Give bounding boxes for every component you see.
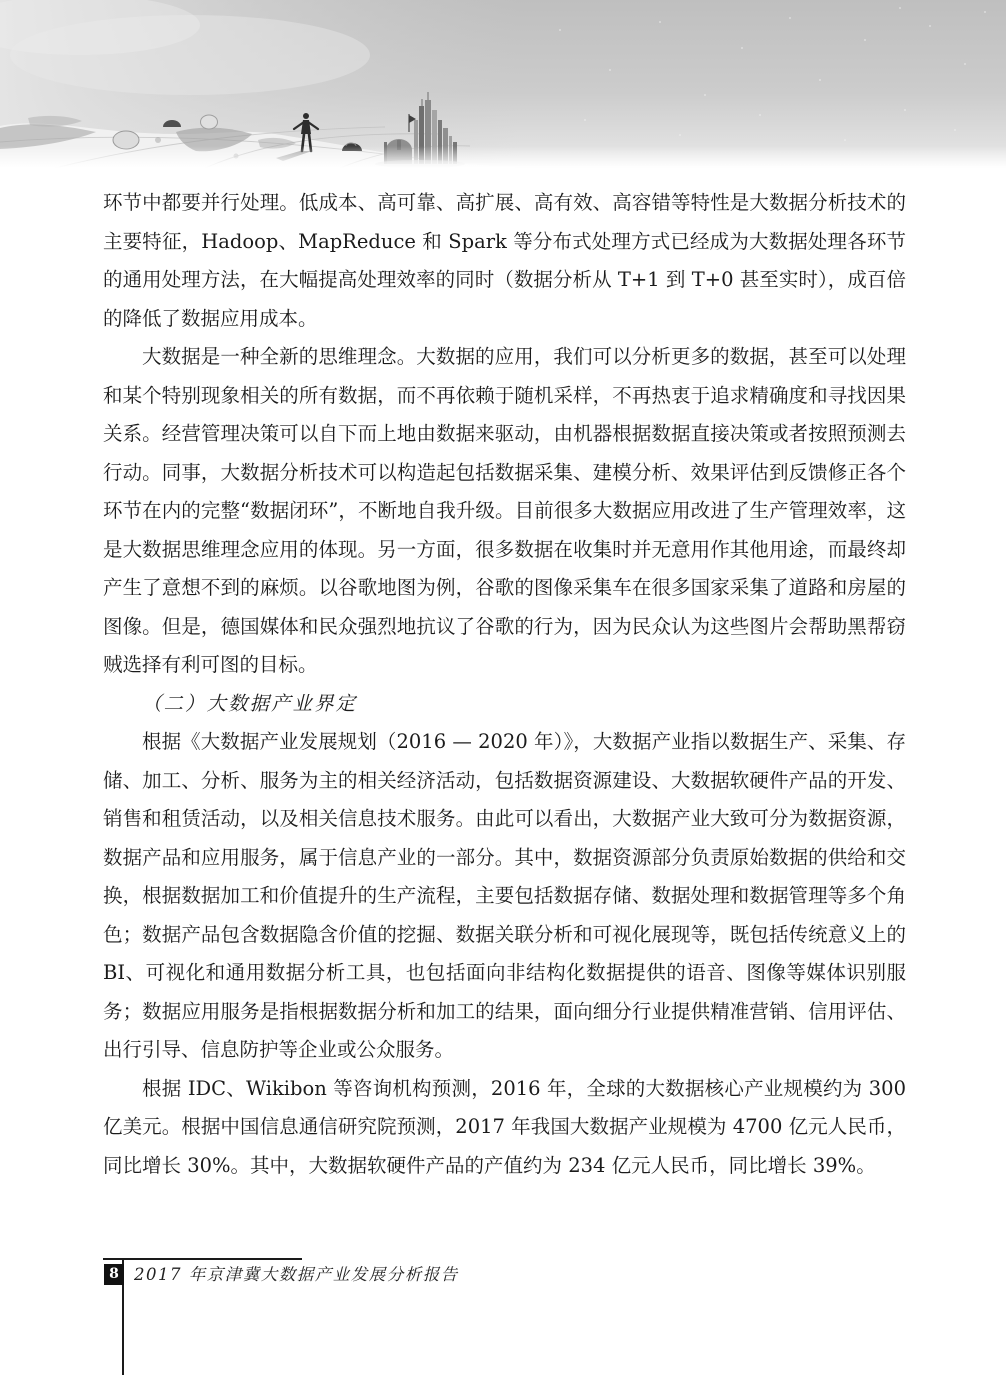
paragraph: 环节中都要并行处理。低成本、高可靠、高扩展、高有效、高容错等特性是大数据分析技术… <box>103 184 906 338</box>
body-text: 环节中都要并行处理。低成本、高可靠、高扩展、高有效、高容错等特性是大数据分析技术… <box>103 184 906 1185</box>
header-illustration <box>0 0 1006 168</box>
footer-report-title: 2017 年京津冀大数据产业发展分析报告 <box>134 1264 459 1285</box>
section-heading: （二）大数据产业界定 <box>103 685 906 724</box>
header-illustration-svg <box>0 0 1006 168</box>
paragraph: 大数据是一种全新的思维理念。大数据的应用，我们可以分析更多的数据，甚至可以处理和… <box>103 338 906 685</box>
paragraph: 根据《大数据产业发展规划（2016 — 2020 年）》，大数据产业指以数据生产… <box>103 723 906 1070</box>
footer-horizontal-rule <box>103 1258 302 1260</box>
page-number: 8 <box>104 1264 124 1285</box>
paragraph: 根据 IDC、Wikibon 等咨询机构预测，2016 年，全球的大数据核心产业… <box>103 1070 906 1186</box>
band-bottom-fade <box>0 146 1006 168</box>
document-page: 环节中都要并行处理。低成本、高可靠、高扩展、高有效、高容错等特性是大数据分析技术… <box>0 0 1006 1375</box>
